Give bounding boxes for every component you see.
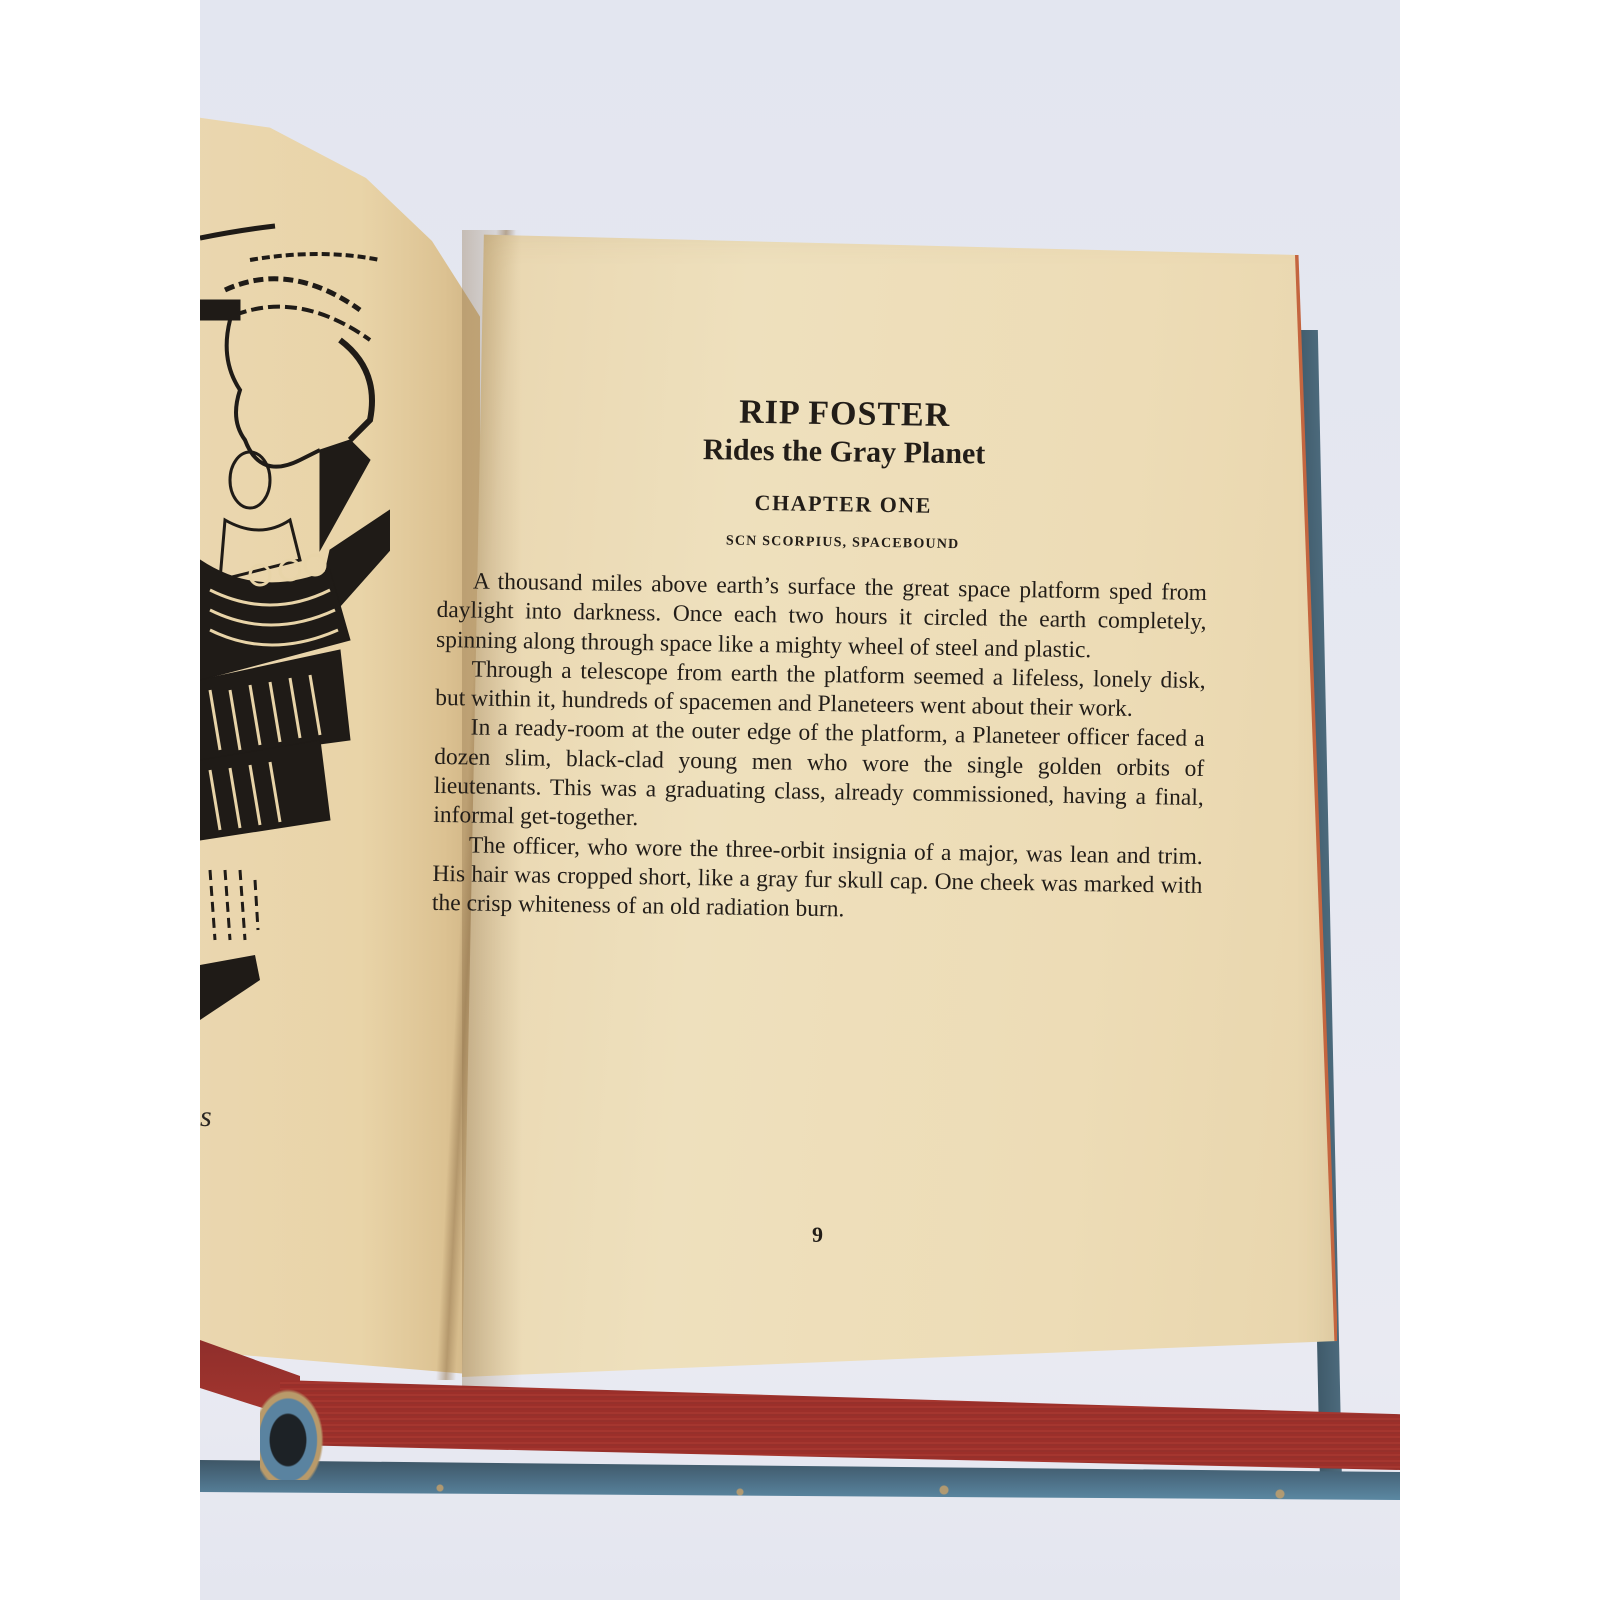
chapter-body: A thousand miles above earth’s surface t… xyxy=(432,567,1207,931)
spine-fold xyxy=(260,1380,330,1480)
paragraph: A thousand miles above earth’s surface t… xyxy=(436,567,1207,667)
cover-wear xyxy=(200,1460,1400,1500)
caption-fragment: s xyxy=(200,1100,212,1134)
red-page-edges xyxy=(280,1380,1400,1470)
chapter-heading: CHAPTER ONE xyxy=(478,486,1208,523)
book-photo: s RIP FOSTER Rides the Gray Planet CHAPT… xyxy=(200,0,1400,1600)
woodcut-illustration xyxy=(200,220,390,1040)
paragraph: In a ready-room at the outer edge of the… xyxy=(433,713,1205,842)
page-number: 9 xyxy=(812,1222,823,1248)
chapter-text-block: RIP FOSTER Rides the Gray Planet CHAPTER… xyxy=(432,389,1210,931)
chapter-subtitle: SCN SCORPIUS, SPACEBOUND xyxy=(478,530,1208,557)
paragraph: The officer, who wore the three-orbit in… xyxy=(432,831,1203,931)
